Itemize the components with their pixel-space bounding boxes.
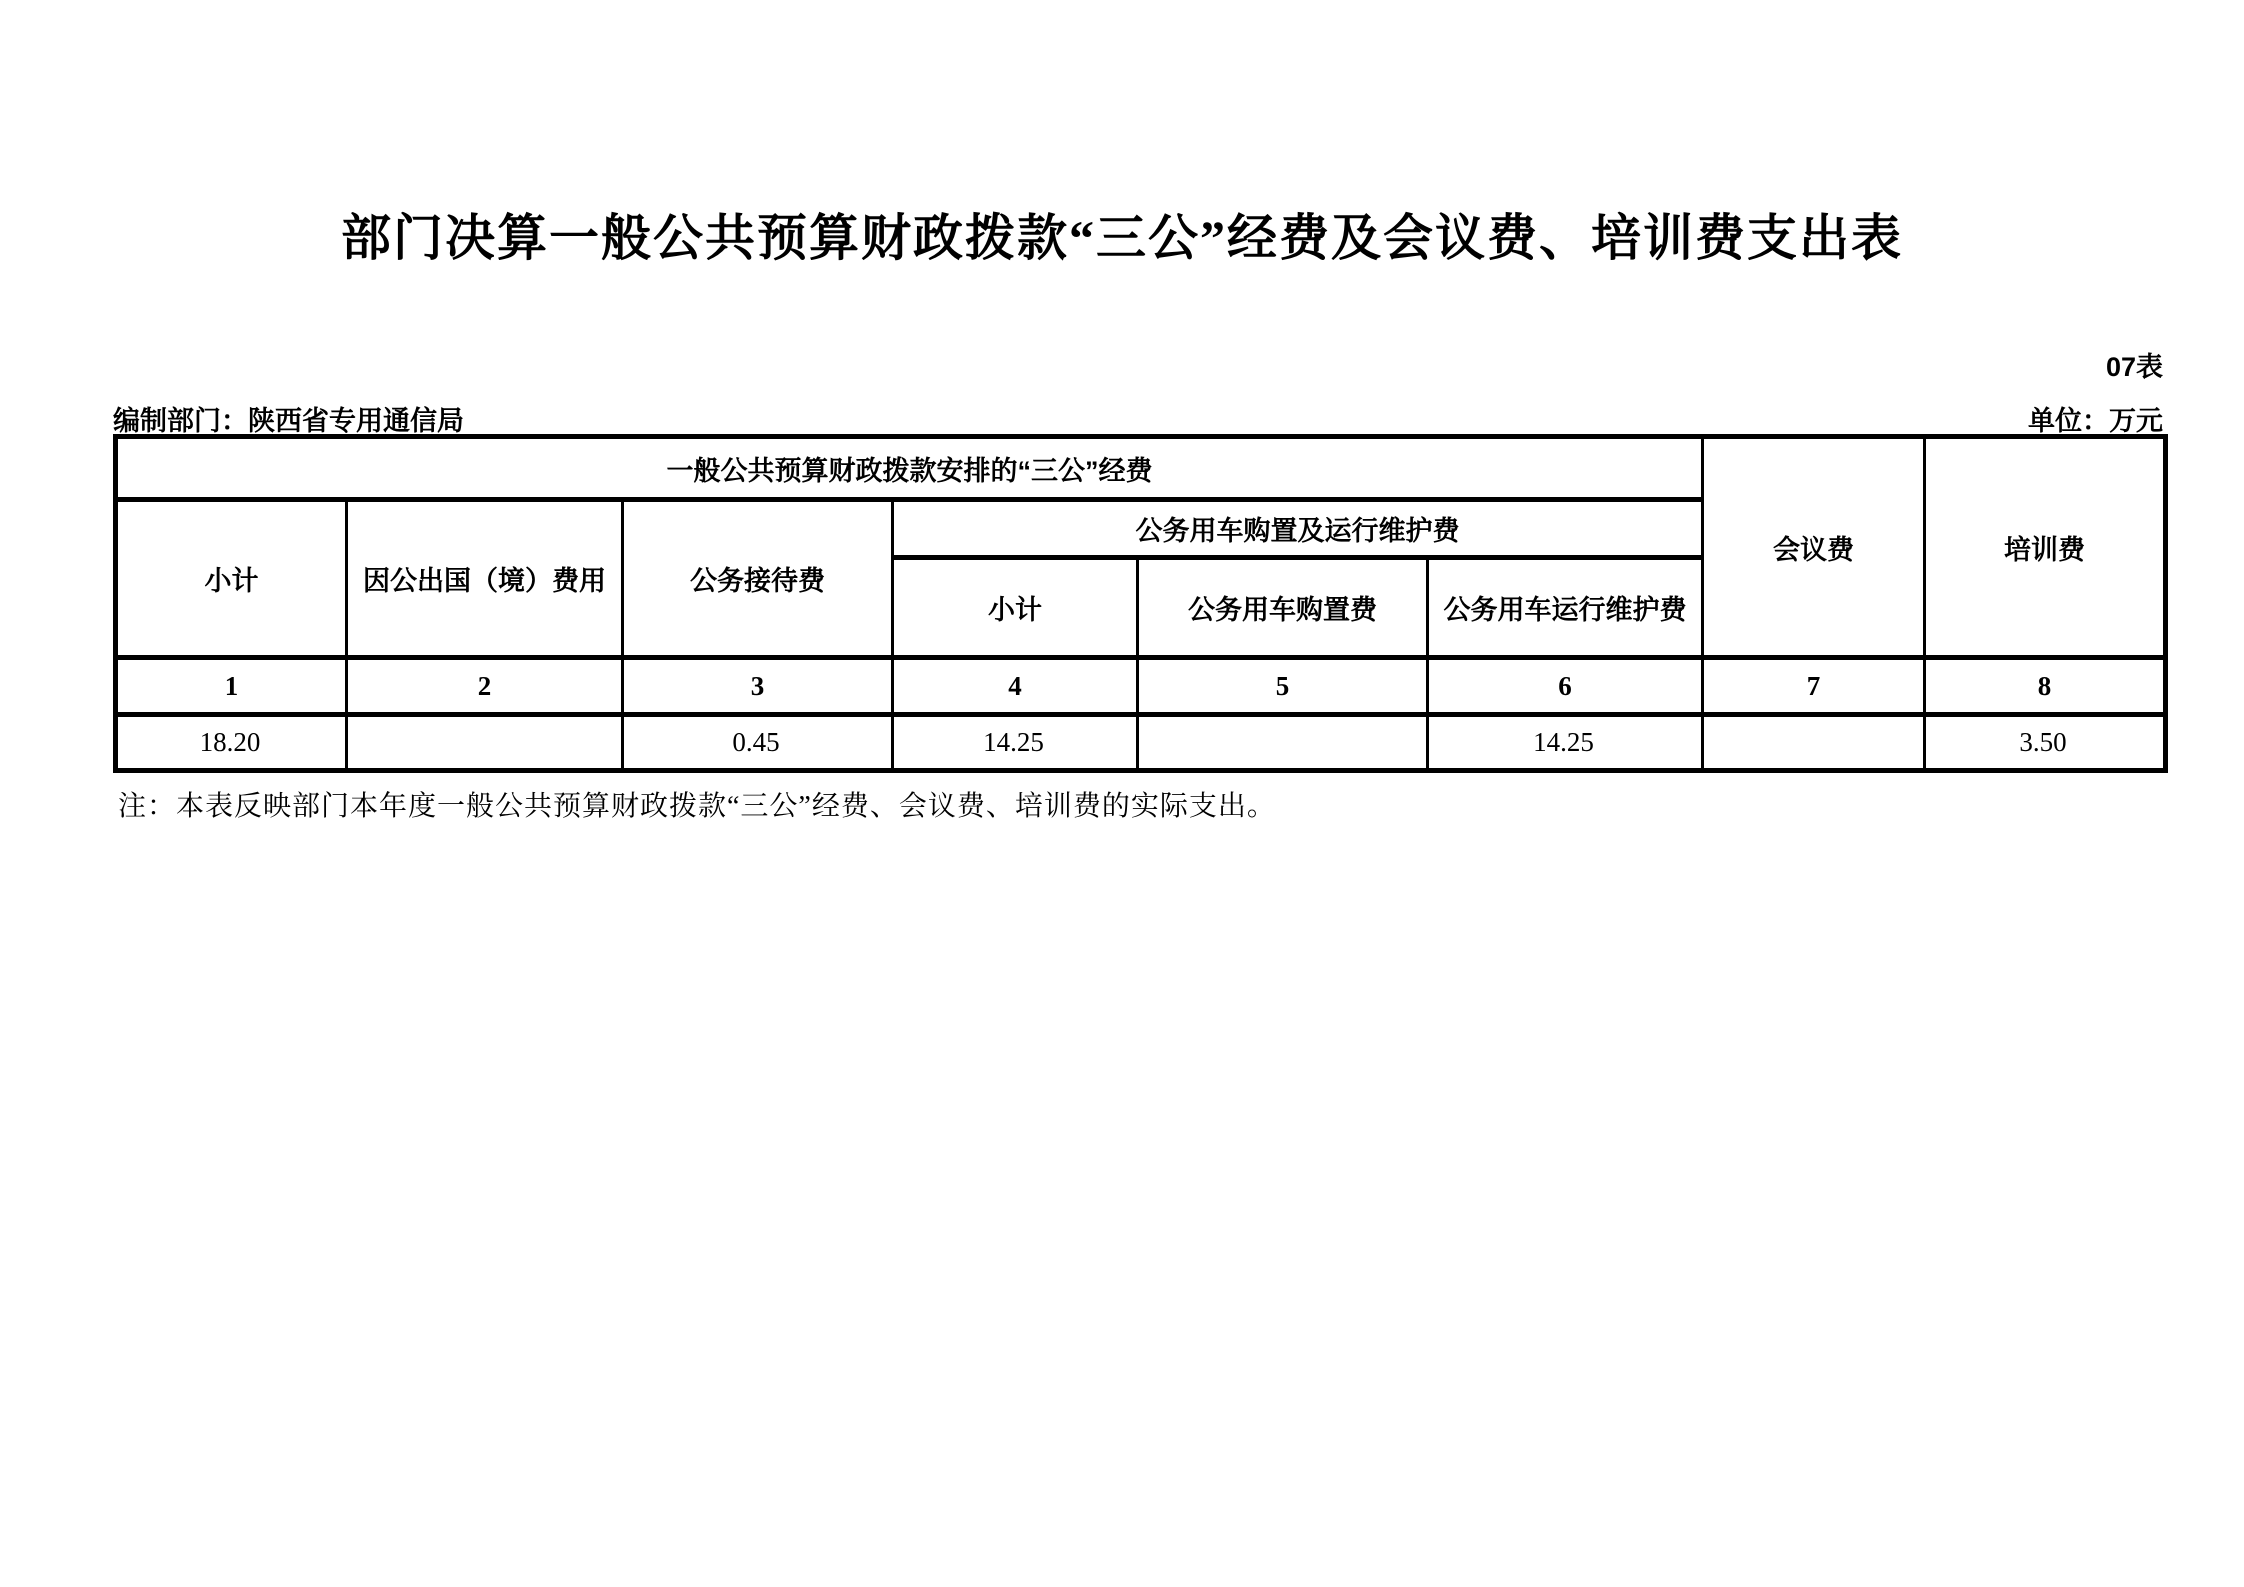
header-training-fee: 培训费	[1925, 437, 2166, 658]
value-abroad-fee	[347, 715, 623, 771]
value-vehicle-purchase	[1138, 715, 1428, 771]
data-row: 18.20 0.45 14.25 14.25 3.50	[116, 715, 2166, 771]
column-number-2: 2	[347, 658, 623, 715]
header-vehicle-group: 公务用车购置及运行维护费	[893, 500, 1703, 558]
table-meta-row: 编制部门：陕西省专用通信局 单位：万元	[113, 399, 2163, 438]
value-vehicle-maintenance: 14.25	[1428, 715, 1703, 771]
expenditure-table: 一般公共预算财政拨款安排的“三公”经费 会议费 培训费 小计 因公出国（境）费用…	[113, 434, 2168, 773]
column-number-8: 8	[1925, 658, 2166, 715]
header-subtotal: 小计	[116, 500, 347, 658]
value-training-fee: 3.50	[1925, 715, 2166, 771]
value-meeting-fee	[1703, 715, 1925, 771]
header-vehicle-subtotal: 小计	[893, 558, 1138, 658]
column-number-5: 5	[1138, 658, 1428, 715]
column-number-row: 1 2 3 4 5 6 7 8	[116, 658, 2166, 715]
header-vehicle-purchase: 公务用车购置费	[1138, 558, 1428, 658]
header-row-group1: 一般公共预算财政拨款安排的“三公”经费 会议费 培训费	[116, 437, 2166, 500]
header-meeting-fee: 会议费	[1703, 437, 1925, 658]
prepared-by-label: 编制部门：陕西省专用通信局	[113, 399, 464, 438]
header-abroad-fee: 因公出国（境）费用	[347, 500, 623, 658]
value-sangong-subtotal: 18.20	[116, 715, 347, 771]
column-number-1: 1	[116, 658, 347, 715]
column-number-3: 3	[623, 658, 893, 715]
footnote: 注：本表反映部门本年度一般公共预算财政拨款“三公”经费、会议费、培训费的实际支出…	[118, 784, 1276, 824]
value-vehicle-subtotal: 14.25	[893, 715, 1138, 771]
unit-label: 单位：万元	[2028, 399, 2163, 438]
value-reception-fee: 0.45	[623, 715, 893, 771]
header-vehicle-maintenance: 公务用车运行维护费	[1428, 558, 1703, 658]
document-page: 部门决算一般公共预算财政拨款“三公”经费及会议费、培训费支出表 07表 编制部门…	[0, 0, 2244, 1587]
header-reception-fee: 公务接待费	[623, 500, 893, 658]
column-number-7: 7	[1703, 658, 1925, 715]
header-sangong-group: 一般公共预算财政拨款安排的“三公”经费	[116, 437, 1703, 500]
column-number-6: 6	[1428, 658, 1703, 715]
column-number-4: 4	[893, 658, 1138, 715]
page-title: 部门决算一般公共预算财政拨款“三公”经费及会议费、培训费支出表	[0, 198, 2244, 270]
sheet-number-label: 07表	[2106, 345, 2163, 384]
